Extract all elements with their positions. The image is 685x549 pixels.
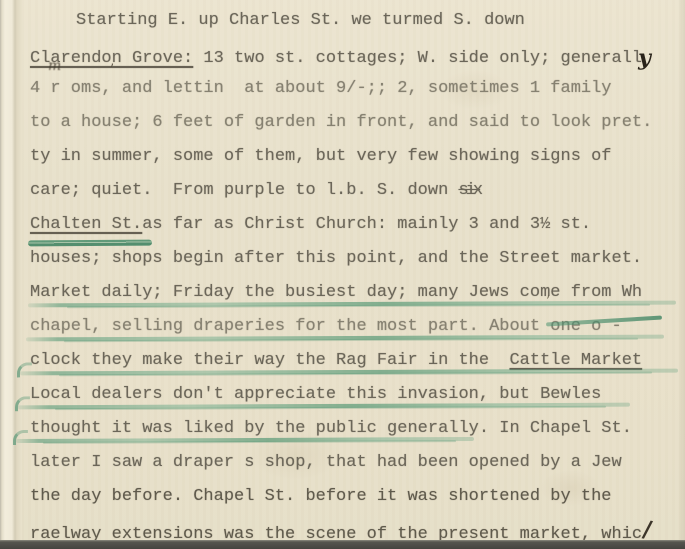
typed-text: ty in summer, some of them, but very few… bbox=[30, 147, 612, 166]
text-line: Clarendon Grove: 13 two st. cottages; W.… bbox=[0, 38, 685, 72]
typed-text: Starting E. up Charles St. we turmed S. … bbox=[76, 11, 525, 30]
overstruck-word: six bbox=[458, 181, 480, 200]
document-page: Starting E. up Charles St. we turmed S. … bbox=[0, 0, 685, 549]
handwritten-y-correction: y bbox=[638, 45, 651, 71]
typed-text: Local dealers don't appreciate this inva… bbox=[30, 385, 601, 404]
scan-bottom-border bbox=[0, 540, 685, 549]
typed-text: to a house; 6 feet of garden in front, a… bbox=[30, 113, 652, 132]
street-name-underlined: Chalten St. bbox=[30, 215, 142, 234]
text-line: houses; shops begin after this point, an… bbox=[0, 242, 685, 276]
text-line: ty in summer, some of them, but very few… bbox=[0, 140, 685, 174]
typed-text: clock they make their way the Rag Fair i… bbox=[30, 351, 509, 370]
text-line: the day before. Chapel St. before it was… bbox=[0, 480, 685, 514]
typed-text: chapel, selling draperies for the most p… bbox=[30, 317, 550, 336]
typed-text-block: Starting E. up Charles St. we turmed S. … bbox=[0, 4, 685, 548]
typed-text: care; quiet. From purple to l.b. S. down bbox=[30, 181, 458, 200]
typed-text: 13 two st. cottages; W. side only; gener… bbox=[193, 49, 642, 68]
ink-smudge-mark: m bbox=[48, 58, 61, 74]
text-line: care; quiet. From purple to l.b. S. down… bbox=[0, 174, 685, 208]
green-pencil-underline-chalten-st bbox=[28, 240, 152, 247]
market-name-underlined: Cattle Market bbox=[509, 351, 642, 370]
tick-mark: ’ bbox=[546, 294, 550, 309]
text-line: 4 r oms, and lettin at about 9/-;; 2, so… bbox=[0, 72, 685, 106]
typed-text: In Chapel St. bbox=[489, 419, 632, 438]
typed-text: as far as Christ Church: mainly 3 and 3½… bbox=[142, 215, 591, 234]
typed-text: houses; shops begin after this point, an… bbox=[30, 249, 642, 268]
apostrophe-mark: ’ bbox=[110, 62, 114, 77]
typed-text: Market daily; Friday the busiest day; ma… bbox=[30, 283, 642, 302]
typed-text: thought it was liked by the public gener… bbox=[30, 419, 489, 438]
typed-text: 4 r oms, and lettin at about 9/-;; 2, so… bbox=[30, 79, 612, 98]
text-line: to a house; 6 feet of garden in front, a… bbox=[0, 106, 685, 140]
text-line: Starting E. up Charles St. we turmed S. … bbox=[0, 4, 685, 38]
text-line: Chalten St.as far as Christ Church: main… bbox=[0, 208, 685, 242]
typed-text: the day before. Chapel St. before it was… bbox=[30, 487, 612, 506]
green-pencil-underline-line13 bbox=[16, 437, 474, 443]
typed-text: later I saw a draper s shop, that had be… bbox=[30, 453, 622, 472]
text-line: later I saw a draper s shop, that had be… bbox=[0, 446, 685, 480]
